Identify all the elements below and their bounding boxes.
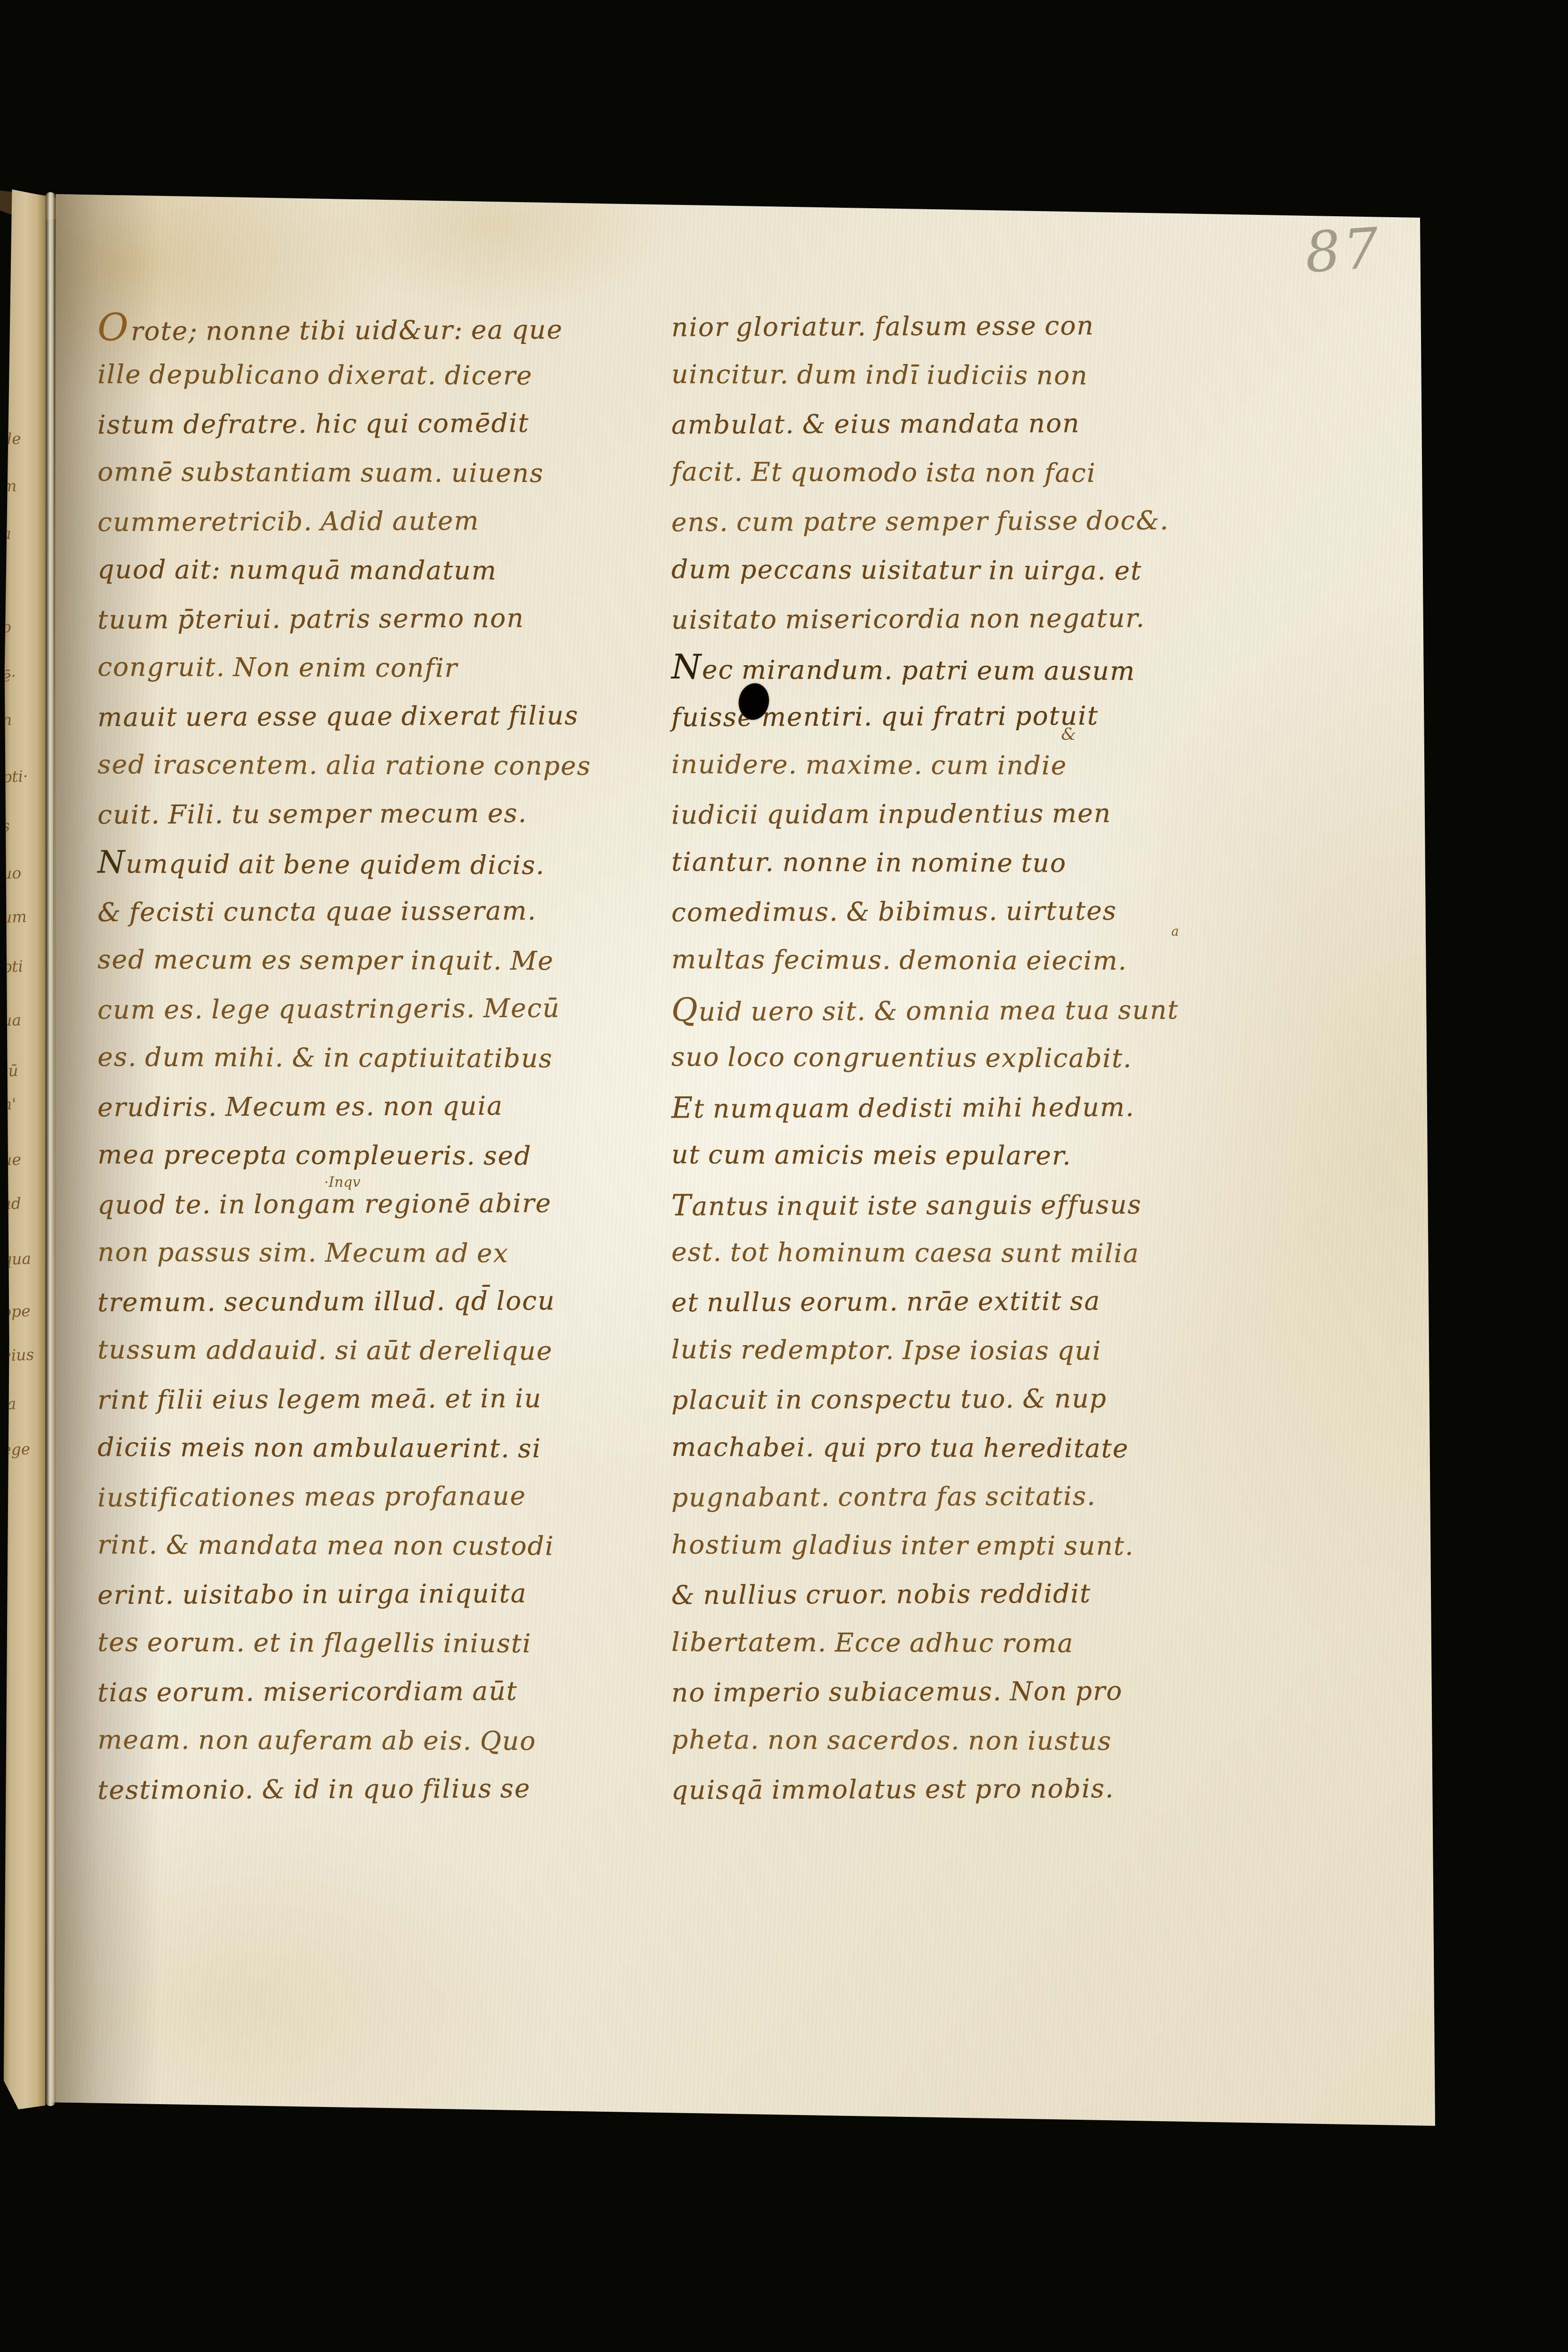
edge-text-fragment: ›: [1, 332, 45, 352]
manuscript-line: & fecisti cuncta quae iusseram.: [98, 886, 639, 937]
edge-text-fragment: n: [1, 709, 45, 729]
manuscript-line: et nullus eorum. nrāe extitit sa: [671, 1276, 1260, 1327]
gutter-crease: [45, 192, 56, 2106]
manuscript-line: ut cum amicis meis epularer.: [671, 1130, 1260, 1181]
manuscript-line: multas fecimus. demonia eiecim.: [671, 935, 1260, 986]
manuscript-line: Tantus inquit iste sanguis effusus: [671, 1179, 1260, 1230]
manuscript-line: sed irascentem. alia ratione conpes: [98, 740, 639, 791]
manuscript-line: testimonio. & id in quo filius se: [98, 1764, 639, 1815]
manuscript-line: iudicii quidam inpudentius men: [671, 789, 1260, 840]
manuscript-line: ille depublicano dixerat. dicere: [98, 350, 639, 400]
edge-text-fragment: tū: [1, 1060, 45, 1080]
manuscript-line: congruit. Non enim confir: [98, 643, 639, 693]
manuscript-line: est. tot hominum caesa sunt milia: [671, 1228, 1260, 1278]
left-text-column: Orote; nonne tibi uid&ur: ea queille dep…: [98, 302, 639, 1814]
edge-text-fragment: um: [1, 906, 45, 926]
manuscript-line: tremum. secundum illud. qd̄ locu: [98, 1276, 639, 1327]
manuscript-line: rint filii eius legem meā. et in iu: [98, 1374, 639, 1425]
manuscript-line: lutis redemptor. Ipse iosias qui: [671, 1325, 1260, 1376]
edge-text-fragment: n': [1, 1094, 45, 1113]
manuscript-line: tiantur. nonne in nomine tuo: [671, 838, 1260, 888]
manuscript-line: quod te. in longam regionē abire: [98, 1179, 639, 1230]
edge-text-fragment: uo: [1, 863, 45, 882]
edge-text-fragment: m: [1, 475, 45, 495]
manuscript-line: mauit uera esse quae dixerat filius: [98, 691, 639, 742]
manuscript-line: pugnabant. contra fas scitatis.: [671, 1471, 1260, 1522]
manuscript-line: omnē substantiam suam. uiuens: [98, 448, 639, 498]
manuscript-line: non passus sim. Mecum ad ex: [98, 1228, 639, 1278]
manuscript-line: Orote; nonne tibi uid&ur: ea que: [98, 301, 639, 352]
manuscript-line: suo loco congruentius explicabit.: [671, 1033, 1260, 1083]
manuscript-line: pheta. non sacerdos. non iustus: [671, 1715, 1260, 1766]
previous-leaf-edge: ›dema·oē·npti·suoumptiuatūn'ueadquaopeei…: [0, 189, 46, 2109]
manuscript-line: Et numquam dedisti mihi hedum.: [671, 1081, 1260, 1132]
manuscript-line: cummeretricib. Adid autem: [98, 496, 639, 547]
manuscript-line: quisqā immolatus est pro nobis.: [671, 1764, 1260, 1815]
manuscript-line: erint. uisitabo in uirga iniquita: [98, 1569, 639, 1620]
manuscript-line: ambulat. & eius mandata non: [671, 399, 1260, 449]
edge-text-fragment: ·: [1, 556, 45, 576]
manuscript-line: erudiris. Mecum es. non quia: [98, 1081, 639, 1132]
edge-text-fragment: s: [1, 815, 45, 835]
edge-text-fragment: eius: [1, 1345, 45, 1364]
manuscript-line: mea precepta compleueris. sed: [98, 1130, 639, 1181]
edge-text-fragment: ope: [1, 1301, 45, 1321]
manuscript-line: dum peccans uisitatur in uirga. et: [671, 545, 1260, 596]
manuscript-line: tuum p̄teriui. patris sermo non: [98, 594, 639, 645]
manuscript-line: tussum addauid. si aūt derelique: [98, 1325, 639, 1376]
edge-text-fragment: o: [1, 616, 45, 636]
manuscript-line: meam. non auferam ab eis. Quo: [98, 1715, 639, 1766]
edge-text-fragment: pti·: [1, 766, 45, 786]
edge-text-fragment: ad: [1, 1193, 45, 1213]
manuscript-line: Numquid ait bene quidem dicis.: [98, 838, 639, 888]
manuscript-line: placuit in conspectu tuo. & nup: [671, 1374, 1260, 1425]
manuscript-line: tes eorum. et in flagellis iniusti: [98, 1618, 639, 1668]
manuscript-line: Quid uero sit. & omnia mea tua sunt: [671, 984, 1260, 1035]
edge-text-fragment: ē·: [1, 665, 45, 685]
edge-text-fragment: qua: [1, 1249, 45, 1268]
manuscript-line: ens. cum patre semper fuisse doc&.: [671, 496, 1260, 547]
manuscript-line: no imperio subiacemus. Non pro: [671, 1666, 1260, 1717]
manuscript-line: cum es. lege quastringeris. Mecū: [98, 984, 639, 1035]
manuscript-line: istum defratre. hic qui comēdit: [98, 399, 639, 449]
edge-text-fragment: ue: [1, 1149, 45, 1169]
manuscript-photo: ›dema·oē·npti·suoumptiuatūn'ueadquaopeei…: [0, 0, 1568, 2352]
manuscript-line: rint. & mandata mea non custodi: [98, 1520, 639, 1571]
interlinear-note-a: a: [1171, 924, 1179, 939]
interlinear-note-ampersand: &: [1061, 725, 1076, 744]
manuscript-line: uincitur. dum indī iudiciis non: [671, 350, 1260, 400]
manuscript-line: cuit. Fili. tu semper mecum es.: [98, 789, 639, 840]
manuscript-line: uisitato misericordia non negatur.: [671, 594, 1260, 645]
manuscript-line: & nullius cruor. nobis reddidit: [671, 1569, 1260, 1620]
edge-text-fragment: a: [1, 523, 45, 543]
folio-number: 87: [1303, 215, 1383, 286]
manuscript-line: inuidere. maxime. cum indie: [671, 740, 1260, 791]
edge-text-fragment: ia: [1, 1393, 45, 1413]
manuscript-line: nior gloriatur. falsum esse con: [671, 301, 1260, 352]
edge-text-fragment: de: [1, 428, 45, 448]
edge-text-fragment: ua: [1, 1010, 45, 1029]
edge-text-fragment: pti: [1, 956, 45, 976]
manuscript-line: es. dum mihi. & in captiuitatibus: [98, 1033, 639, 1083]
manuscript-line: iustificationes meas profanaue: [98, 1471, 639, 1522]
manuscript-line: sed mecum es semper inquit. Me: [98, 935, 639, 986]
edge-text-fragment: ege: [1, 1439, 45, 1459]
manuscript-line: facit. Et quomodo ista non faci: [671, 448, 1260, 498]
manuscript-line: libertatem. Ecce adhuc roma: [671, 1618, 1260, 1668]
manuscript-line: tias eorum. misericordiam aūt: [98, 1666, 639, 1717]
manuscript-line: quod ait: numquā mandatum: [98, 545, 639, 596]
manuscript-line: machabei. qui pro tua hereditate: [671, 1423, 1260, 1473]
interlinear-note-inquit: ·Inqv: [324, 1174, 360, 1191]
manuscript-line: hostium gladius inter empti sunt.: [671, 1520, 1260, 1571]
manuscript-line: diciis meis non ambulauerint. si: [98, 1423, 639, 1473]
right-text-column: nior gloriatur. falsum esse conuincitur.…: [671, 302, 1260, 1814]
